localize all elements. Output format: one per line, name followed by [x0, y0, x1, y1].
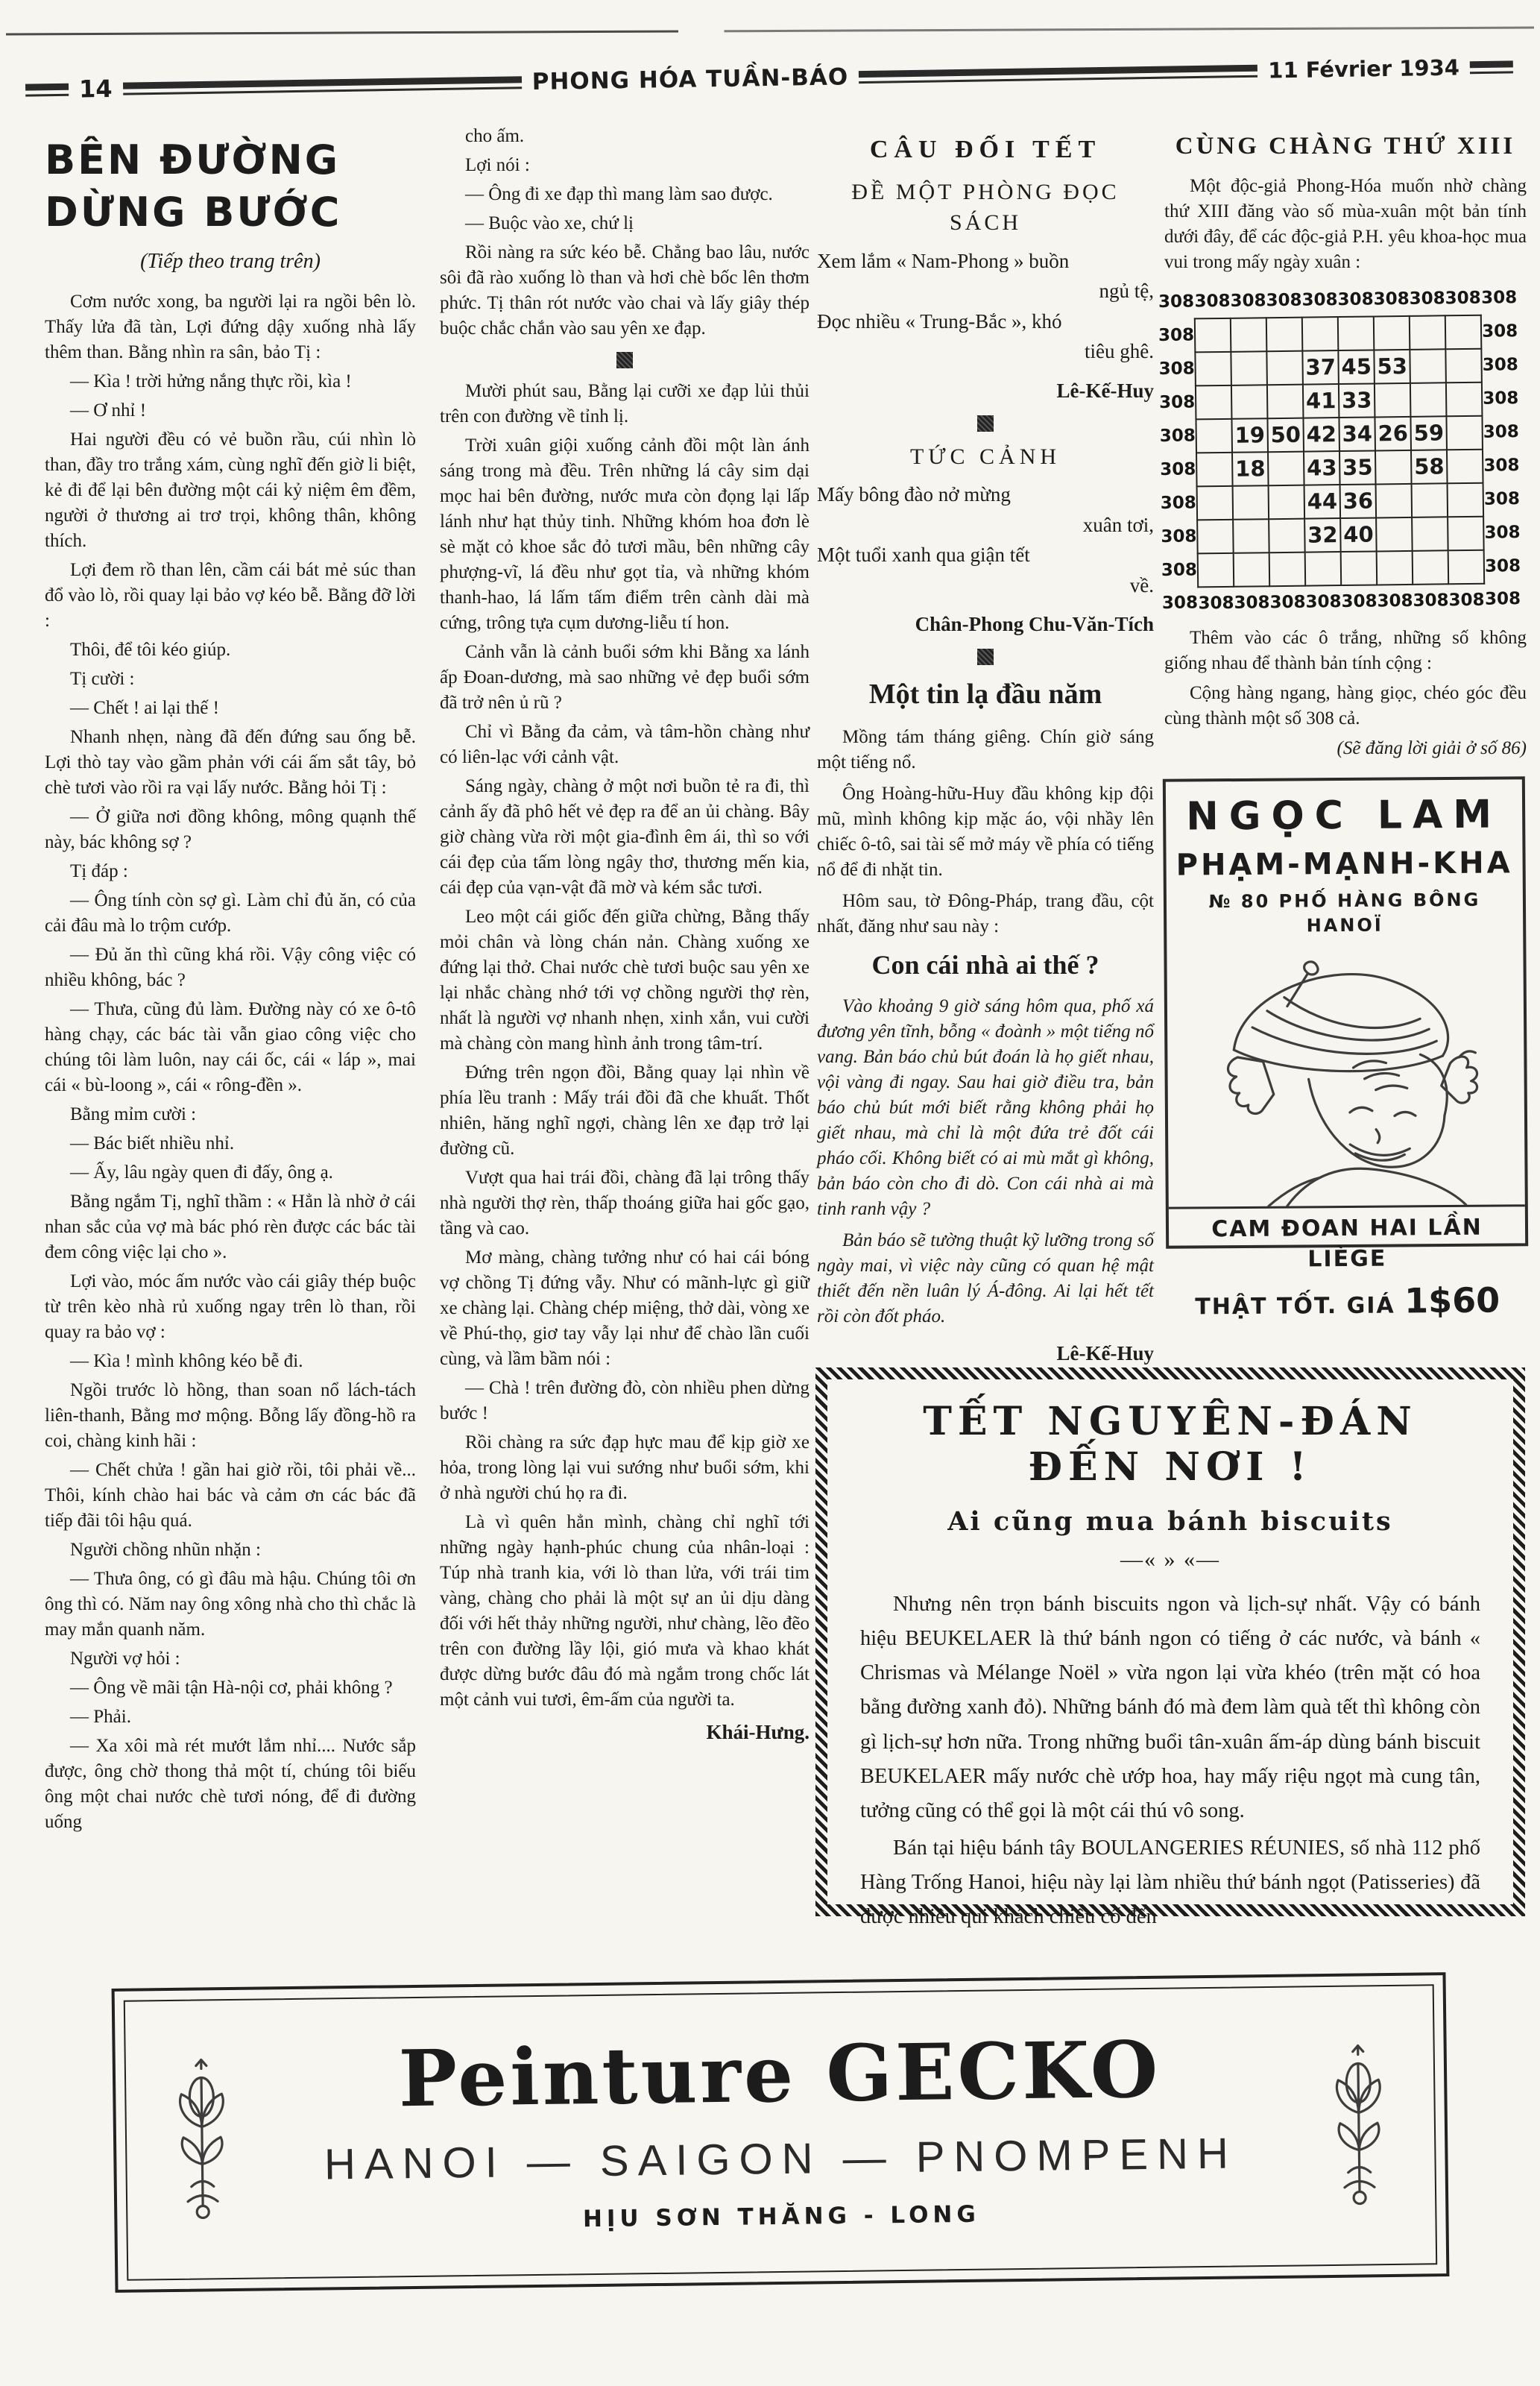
story-paragraph: Chỉ vì Bằng đa cảm, và tâm-hồn chàng như…: [440, 720, 810, 770]
story-paragraph: — Chà ! trên đường đò, còn nhiều phen dừ…: [440, 1376, 810, 1426]
news-paragraph: Hôm sau, tờ Đông-Pháp, trang đầu, cột nh…: [817, 889, 1154, 939]
puzzle-note: Cộng hàng ngang, hàng giọc, chéo góc đều…: [1164, 681, 1527, 731]
story-paragraph: Ngồi trước lò hồng, than soan nổ lách-tá…: [45, 1378, 416, 1454]
puzzle-cell: 36: [1340, 484, 1377, 518]
puzzle-intro: Một độc-giả Phong-Hóa muốn nhờ chàng thứ…: [1164, 174, 1527, 275]
puzzle-cell: 44: [1304, 485, 1341, 519]
puzzle-border-label: 308: [1269, 586, 1306, 620]
issue-date: 11 Février 1934: [1268, 54, 1459, 83]
puzzle-cell: [1445, 315, 1482, 350]
puzzle-cell: [1413, 550, 1449, 585]
puzzle-cell: 33: [1339, 383, 1375, 418]
story-paragraph: — Thưa, cũng đủ làm. Đường này có xe ô-t…: [45, 997, 416, 1098]
puzzle-border-label: 308: [1481, 348, 1518, 383]
puzzle-cell: [1269, 519, 1305, 553]
story-paragraph: Đứng trên ngọn đồi, Bằng quay lại nhìn v…: [440, 1060, 810, 1162]
story-column-2: cho ấm.Lợi nói :— Ông đi xe đạp thì mang…: [440, 124, 810, 1746]
gecko-paint-ad: Peinture GECKO HANOI — SAIGON — PNOMPENH…: [112, 1972, 1450, 2293]
puzzle-cell: [1447, 450, 1483, 484]
poem-line: Một tuổi xanh qua giận tết: [817, 540, 1154, 570]
puzzle-cell: [1231, 385, 1268, 419]
puzzle-cell: 58: [1411, 450, 1448, 484]
gecko-cities: HANOI — SAIGON — PNOMPENH: [236, 2127, 1326, 2191]
puzzle-cell: [1341, 551, 1378, 585]
story-paragraph: — Đủ ăn thì cũng khá rồi. Vậy công việc …: [45, 942, 416, 993]
puzzle-cell: 43: [1304, 451, 1340, 485]
tuc-canh-heading: TỨC CẢNH: [817, 442, 1154, 473]
gecko-ad-text: Peinture GECKO HANOI — SAIGON — PNOMPENH…: [234, 2029, 1326, 2237]
puzzle-cell: 42: [1304, 418, 1340, 452]
puzzle-cell: [1375, 383, 1411, 418]
news-paragraph: Vào khoảng 9 giờ sáng hôm qua, phố xá đư…: [817, 994, 1154, 1222]
story-paragraph: Tị cười :: [45, 667, 416, 692]
puzzle-cell: 37: [1302, 350, 1339, 385]
puzzle-border-label: 308: [1483, 449, 1520, 483]
puzzle-cell: [1338, 316, 1375, 350]
puzzle-border-label: 308: [1373, 283, 1410, 317]
couplet-subheading: ĐỀ MỘT PHÒNG ĐỌC SÁCH: [817, 177, 1154, 239]
couplet-heading: CÂU ĐỐI TẾT: [817, 133, 1154, 167]
puzzle-cell: [1446, 383, 1483, 417]
masthead-title: PHONG HÓA TUẦN-BÁO: [531, 63, 848, 95]
puzzle-cell: [1448, 550, 1485, 585]
story-text-part1: Cơm nước xong, ba người lại ra ngồi bên …: [45, 289, 416, 1835]
puzzle-cell: [1410, 383, 1447, 417]
puzzle-cell: [1412, 517, 1448, 551]
puzzle-cell: 40: [1340, 517, 1377, 552]
gecko-distributor: HỊU SƠN THĂNG - LONG: [236, 2197, 1326, 2237]
page-header: 14 PHONG HÓA TUẦN-BÁO 11 Février 1934: [25, 52, 1513, 104]
puzzle-cell: 50: [1268, 418, 1304, 453]
story-paragraph: Người vợ hỏi :: [45, 1646, 416, 1672]
magic-square-grid: 3083083083083083083083083083083083083083…: [1158, 282, 1528, 620]
puzzle-border-label: 308: [1481, 315, 1518, 349]
puzzle-cell: [1374, 316, 1410, 350]
puzzle-border-label: 308: [1301, 284, 1338, 318]
news-paragraph: Bản báo sẽ tường thuật kỹ lưỡng trong số…: [817, 1228, 1154, 1329]
puzzle-cell: [1377, 551, 1413, 585]
puzzle-border-label: 308: [1161, 587, 1199, 620]
story-paragraph: — Ông tính còn sợ gì. Làm chỉ đủ ăn, có …: [45, 888, 416, 939]
puzzle-column: CÙNG CHÀNG THỨ XIII Một độc-giả Phong-Hó…: [1164, 128, 1527, 1247]
puzzle-cell: [1447, 416, 1483, 450]
puzzle-border-label: 308: [1266, 285, 1302, 318]
puzzle-cell: [1302, 317, 1339, 351]
puzzle-cell: 35: [1339, 450, 1376, 485]
puzzle-border-label: 308: [1158, 286, 1195, 319]
puzzle-border-label: 308: [1158, 352, 1196, 386]
story-paragraph: Cảnh vẫn là cảnh buổi sớm khi Bằng xa lá…: [440, 640, 810, 716]
puzzle-border-label: 308: [1159, 419, 1196, 453]
puzzle-border-label: 308: [1483, 415, 1520, 450]
puzzle-cell: [1266, 318, 1303, 352]
story-paragraph: Bằng ngắm Tị, nghĩ thầm : « Hẳn là nhờ ở…: [45, 1189, 416, 1265]
puzzle-cell: [1231, 318, 1267, 352]
story-paragraph: Nhanh nhẹn, nàng đã đến đứng sau ống bễ.…: [45, 725, 416, 801]
story-paragraph: — Ơ nhỉ !: [45, 398, 416, 424]
story-paragraph: — Thưa ông, có gì đâu mà hậu. Chúng tôi …: [45, 1567, 416, 1643]
ad-brand-name: NGỌC LAM: [1173, 788, 1515, 843]
story-paragraph: Lợi nói :: [440, 153, 810, 178]
puzzle-notes: Thêm vào các ô trắng, những số không giố…: [1164, 626, 1527, 731]
puzzle-cell: [1196, 419, 1232, 453]
puzzle-border-label: 308: [1482, 382, 1519, 416]
story-paragraph: Là vì quên hẳn mình, chàng chỉ nghĩ tới …: [440, 1510, 810, 1713]
puzzle-border-label: 308: [1409, 283, 1445, 316]
poem-line: ngủ tệ,: [817, 276, 1154, 306]
puzzle-cell: 41: [1303, 384, 1339, 418]
tet-ad-subtitle: Ai cũng mua bánh biscuits: [860, 1506, 1480, 1537]
story-paragraph: Bằng mỉm cười :: [45, 1102, 416, 1127]
story-paragraph: — Kìa ! mình không kéo bễ đi.: [45, 1349, 416, 1374]
story-paragraph: — Ấy, lâu ngày quen đi đấy, ông ạ.: [45, 1160, 416, 1186]
puzzle-border-label: 308: [1158, 318, 1196, 353]
story-paragraph: Cơm nước xong, ba người lại ra ngồi bên …: [45, 289, 416, 365]
story-subtitle: (Tiếp theo trang trên): [45, 248, 416, 276]
puzzle-border-label: 308: [1305, 585, 1342, 619]
story-paragraph: — Bác biết nhiều nhỉ.: [45, 1131, 416, 1156]
ad-guarantee: CAM ĐOAN HAI LẦN LIÈGE THẬT TỐT. GIÁ 1$6…: [1169, 1205, 1526, 1333]
puzzle-cell: [1376, 517, 1413, 552]
poems-news-column: CÂU ĐỐI TẾT ĐỀ MỘT PHÒNG ĐỌC SÁCH Xem lắ…: [817, 128, 1154, 1370]
puzzle-cell: [1269, 485, 1305, 520]
story-paragraph: — Buộc vào xe, chứ lị: [440, 211, 810, 236]
top-rule: [6, 27, 1534, 36]
section-ornament-icon: [977, 415, 994, 432]
puzzle-cell: [1195, 318, 1231, 353]
puzzle-border-label: 308: [1161, 520, 1198, 554]
puzzle-cell: [1445, 349, 1482, 383]
puzzle-cell: [1198, 553, 1234, 588]
puzzle-cell: [1448, 483, 1484, 517]
puzzle-border-label: 308: [1161, 553, 1199, 588]
news-heading: Một tin lạ đầu năm: [817, 676, 1154, 714]
tuc-canh-poem: Mấy bông đào nở mừng xuân tơi, Một tuổi …: [817, 479, 1154, 600]
story-text-part2b: Mười phút sau, Bằng lại cưỡi xe đạp lủi …: [440, 379, 810, 1713]
puzzle-cell: [1305, 552, 1342, 586]
puzzle-cell: [1267, 385, 1304, 419]
story-paragraph: — Ở giữa nơi đồng không, mông quạnh thế …: [45, 805, 416, 855]
story-paragraph: — Phải.: [45, 1704, 416, 1730]
puzzle-cell: 59: [1411, 416, 1448, 450]
puzzle-border-label: 308: [1377, 585, 1413, 618]
header-rule: [859, 64, 1257, 83]
puzzle-border-label: 308: [1230, 285, 1266, 318]
story-paragraph: — Xa xôi mà rét mướt lắm nhỉ.... Nước sắ…: [45, 1734, 416, 1835]
page-number: 14: [79, 75, 113, 104]
story-title: BÊN ĐƯỜNG DỪNG BƯỚC: [45, 134, 416, 239]
news-subheading: Con cái nhà ai thế ?: [817, 947, 1154, 983]
floral-ornament-icon: [168, 2051, 237, 2227]
puzzle-border-label: 308: [1194, 286, 1231, 319]
story-paragraph: Sáng ngày, chàng ở một nơi buồn tẻ ra đi…: [440, 774, 810, 901]
puzzle-cell: [1196, 453, 1233, 487]
story-paragraph: — Ông đi xe đạp thì mang làm sao được.: [440, 182, 810, 207]
puzzle-border-label: 308: [1198, 587, 1234, 620]
header-rule: [123, 76, 522, 95]
puzzle-border-label: 308: [1483, 516, 1521, 550]
puzzle-border-label: 308: [1413, 584, 1449, 617]
ad-paragraph: Nhưng nên trọn bánh biscuits ngon và lịc…: [860, 1587, 1480, 1828]
story-paragraph: Mơ màng, chàng tưởng như có hai cái bóng…: [440, 1245, 810, 1372]
story-paragraph: cho ấm.: [440, 124, 810, 149]
story-paragraph: Thôi, để tôi kéo giúp.: [45, 638, 416, 663]
puzzle-cell: 34: [1339, 417, 1376, 451]
gecko-brand: Peinture GECKO: [234, 2029, 1325, 2120]
ad-guarantee-line: CAM ĐOAN HAI LẦN LIÈGE: [1173, 1213, 1521, 1277]
puzzle-border-label: 308: [1445, 283, 1481, 316]
puzzle-border-label: 308: [1484, 583, 1521, 617]
header-rule: [1470, 60, 1513, 74]
poem-line: Xem lắm « Nam-Phong » buồn: [817, 246, 1154, 277]
story-column-1: BÊN ĐƯỜNG DỪNG BƯỚC (Tiếp theo trang trê…: [45, 128, 416, 1839]
poem-line: tiêu ghê.: [817, 336, 1154, 367]
story-paragraph: — Chết ! ai lại thế !: [45, 696, 416, 721]
poem-line: Đọc nhiều « Trung-Bắc », khó: [817, 306, 1154, 337]
news-italic-body: Vào khoảng 9 giờ sáng hôm qua, phố xá đư…: [817, 994, 1154, 1329]
puzzle-cell: [1233, 485, 1269, 520]
puzzle-cell: 19: [1231, 418, 1268, 453]
story-paragraph: — Ông về mãi tận Hà-nội cơ, phải không ?: [45, 1675, 416, 1701]
poem-line: về.: [817, 570, 1154, 601]
ad-price-label: THẬT TỐT. GIÁ: [1195, 1292, 1395, 1320]
story-paragraph: Lợi đem rồ than lên, cầm cái bát mẻ súc …: [45, 558, 416, 634]
floral-ornament-icon: [1325, 2037, 1394, 2213]
puzzle-border-label: 308: [1160, 453, 1197, 487]
puzzle-border-label: 308: [1483, 482, 1521, 517]
puzzle-cell: 18: [1232, 452, 1269, 486]
puzzle-border-label: 308: [1480, 282, 1518, 315]
man-tipping-hat-illustration: [1174, 937, 1518, 1207]
ad-merchant-name: PHẠM-MẠNH-KHA: [1173, 843, 1515, 886]
puzzle-border-label: 308: [1234, 586, 1270, 620]
poem-line: xuân tơi,: [817, 510, 1154, 541]
news-author: Lê-Kế-Huy: [817, 1340, 1154, 1367]
puzzle-cell: [1410, 315, 1446, 350]
puzzle-cell: [1269, 553, 1306, 587]
ad-paragraph: Bán tại hiệu bánh tây BOULANGERIES RÉUNI…: [860, 1831, 1480, 1934]
ad-price-line: THẬT TỐT. GIÁ 1$60: [1173, 1277, 1521, 1326]
puzzle-border-label: 308: [1484, 550, 1521, 584]
puzzle-cell: 45: [1338, 350, 1375, 384]
puzzle-cell: 32: [1304, 518, 1341, 553]
story-author: Khái-Hưng.: [440, 1719, 810, 1746]
story-text-part2a: cho ấm.Lợi nói :— Ông đi xe đạp thì mang…: [440, 124, 810, 341]
story-paragraph: Vượt qua hai trái đồi, chàng đã lại trôn…: [440, 1165, 810, 1241]
poem-line: Mấy bông đào nở mừng: [817, 479, 1154, 510]
puzzle-cell: [1233, 519, 1269, 553]
story-paragraph: — Kìa ! trời hửng nắng thực rồi, kìa !: [45, 369, 416, 394]
puzzle-border-label: 308: [1159, 385, 1196, 420]
section-ornament-icon: [616, 352, 633, 368]
story-paragraph: Rồi chàng ra sức đạp hực mau để kịp giờ …: [440, 1430, 810, 1506]
news-paragraph: Mồng tám tháng giêng. Chín giờ sáng một …: [817, 725, 1154, 775]
puzzle-border-label: 308: [1448, 584, 1485, 617]
news-body: Mồng tám tháng giêng. Chín giờ sáng một …: [817, 725, 1154, 939]
header-rule: [25, 83, 69, 96]
story-paragraph: Tị đáp :: [45, 859, 416, 884]
puzzle-cell: 26: [1375, 417, 1412, 451]
story-paragraph: Rồi nàng ra sức kéo bễ. Chẳng bao lâu, n…: [440, 240, 810, 341]
story-paragraph: Lợi vào, móc ấm nước vào cái giây thép b…: [45, 1269, 416, 1345]
tet-ad-title: TẾT NGUYÊN-ĐÁN ĐẾN NƠI !: [860, 1399, 1480, 1490]
puzzle-cell: [1197, 486, 1234, 520]
puzzle-cell: [1195, 352, 1231, 386]
ad-address: № 80 PHỐ HÀNG BÔNG HANOÏ: [1174, 887, 1515, 938]
puzzle-border-label: 308: [1161, 486, 1198, 520]
puzzle-cell: [1412, 483, 1448, 517]
couplet-poem: Xem lắm « Nam-Phong » buồn ngủ tệ, Đọc n…: [817, 246, 1154, 367]
story-paragraph: Hai người đều có vẻ buồn rầu, cúi nhìn l…: [45, 427, 416, 554]
puzzle-border-label: 308: [1341, 585, 1378, 618]
puzzle-cell: [1266, 351, 1303, 385]
puzzle-note: Thêm vào các ô trắng, những số không giố…: [1164, 626, 1527, 676]
tet-biscuits-ad: TẾT NGUYÊN-ĐÁN ĐẾN NƠI ! Ai cũng mua bán…: [815, 1367, 1525, 1916]
puzzle-cell: [1410, 349, 1446, 383]
couplet-author: Lê-Kế-Huy: [817, 377, 1154, 405]
ad-price-value: 1$60: [1404, 1279, 1500, 1321]
puzzle-heading: CÙNG CHÀNG THỨ XIII: [1164, 130, 1527, 163]
puzzle-cell: [1196, 385, 1232, 420]
section-ornament-icon: [977, 649, 994, 665]
puzzle-cell: [1197, 520, 1234, 554]
puzzle-cell: [1448, 517, 1484, 551]
puzzle-cell: [1375, 450, 1412, 485]
divider-ornament-icon: —« » «—: [860, 1547, 1480, 1573]
puzzle-cell: [1231, 351, 1267, 385]
puzzle-cell: [1268, 452, 1304, 486]
newspaper-page: 14 PHONG HÓA TUẦN-BÁO 11 Février 1934 BÊ…: [0, 0, 1540, 2386]
tet-ad-body: Nhưng nên trọn bánh biscuits ngon và lịc…: [860, 1587, 1480, 1935]
tuc-canh-author: Chân-Phong Chu-Văn-Tích: [817, 611, 1154, 638]
story-paragraph: Leo một cái giốc đến giữa chừng, Bằng th…: [440, 904, 810, 1057]
puzzle-cell: [1376, 484, 1413, 518]
ngoc-lam-ad: NGỌC LAM PHẠM-MẠNH-KHA № 80 PHỐ HÀNG BÔN…: [1163, 776, 1528, 1248]
story-paragraph: Người chồng nhũn nhặn :: [45, 1537, 416, 1563]
news-paragraph: Ông Hoàng-hữu-Huy đầu không kịp đội mũ, …: [817, 781, 1154, 883]
puzzle-border-label: 308: [1337, 283, 1374, 317]
story-paragraph: Mười phút sau, Bằng lại cưỡi xe đạp lủi …: [440, 379, 810, 429]
puzzle-cell: [1234, 553, 1270, 587]
story-paragraph: — Chết chửa ! gần hai giờ rồi, tôi phải …: [45, 1458, 416, 1534]
puzzle-solution-note: (Sẽ đăng lời giải ở số 86): [1164, 736, 1527, 761]
story-paragraph: Trời xuân giội xuống cảnh đồi một làn án…: [440, 433, 810, 636]
puzzle-cell: 53: [1374, 350, 1410, 384]
